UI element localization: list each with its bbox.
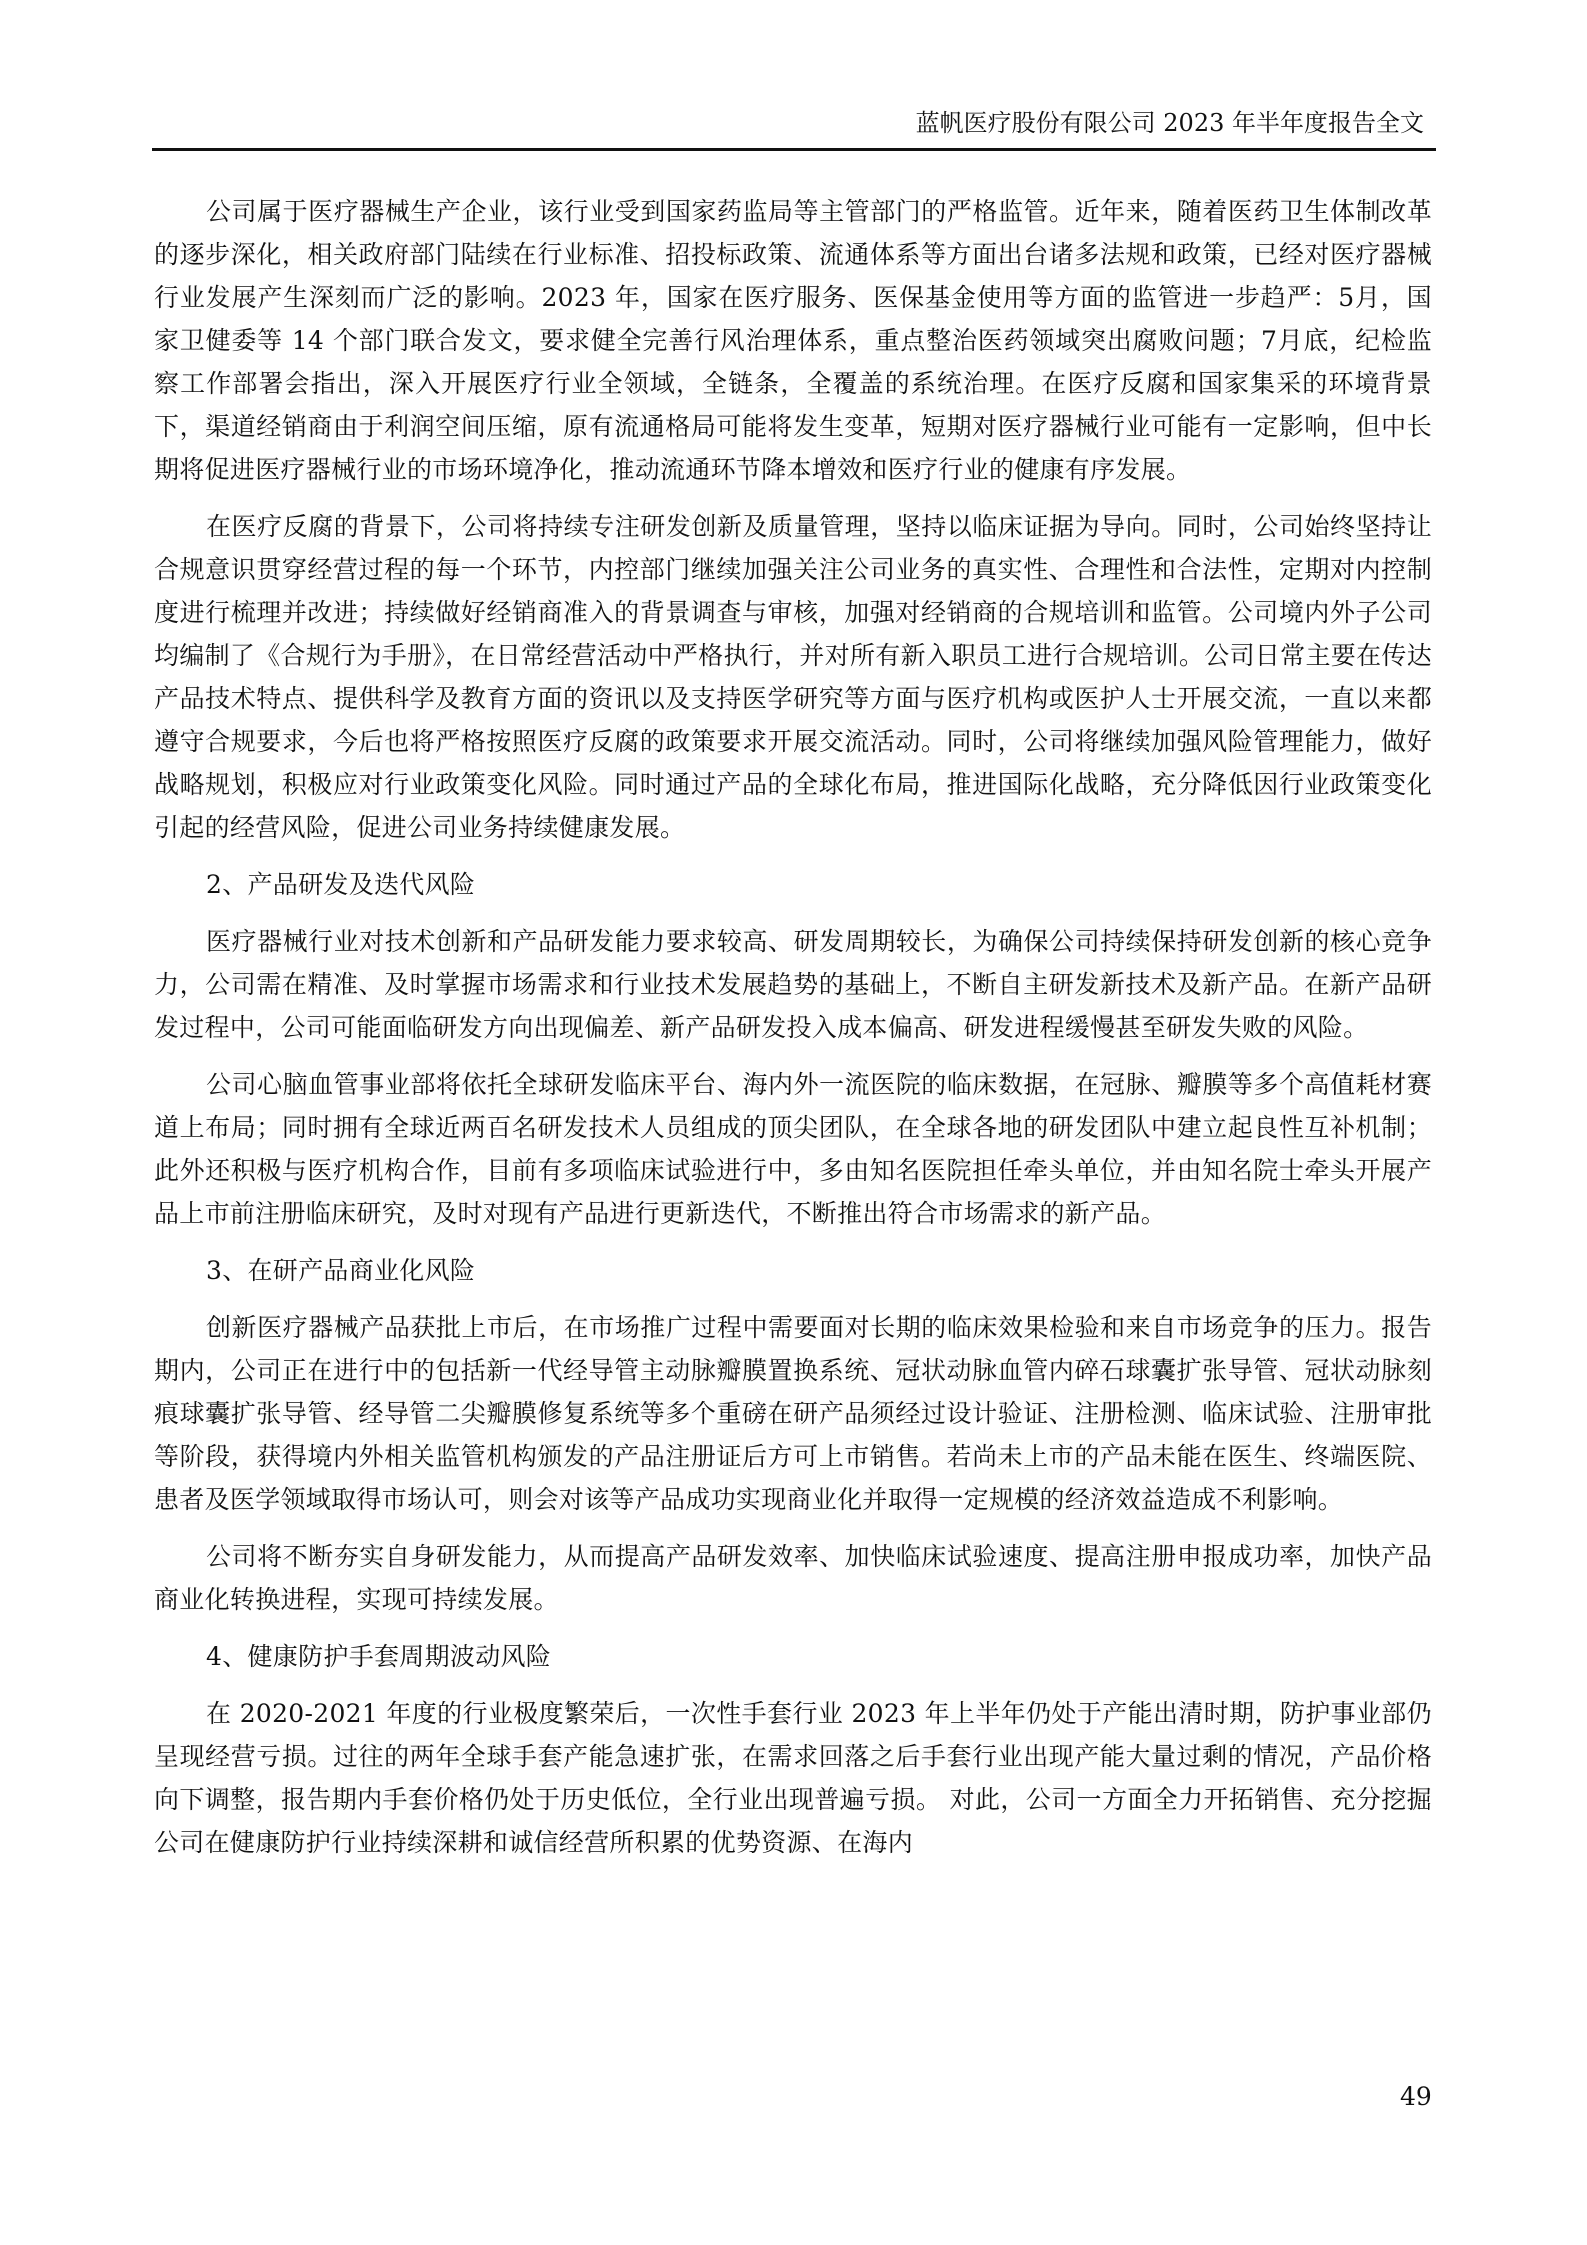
paragraph-rd-risk: 医疗器械行业对技术创新和产品研发能力要求较高、研发周期较长，为确保公司持续保持研… (154, 920, 1432, 1049)
section-heading-glove-cycle-risk: 4、健康防护手套周期波动风险 (154, 1635, 1432, 1678)
page-header: 蓝帆医疗股份有限公司 2023 年半年度报告全文 (152, 104, 1436, 151)
section-heading-commercialization-risk: 3、在研产品商业化风险 (154, 1249, 1432, 1292)
document-body: 公司属于医疗器械生产企业，该行业受到国家药监局等主管部门的严格监管。近年来，随着… (154, 190, 1432, 1878)
paragraph-commercialization-risk: 创新医疗器械产品获批上市后，在市场推广过程中需要面对长期的临床效果检验和来自市场… (154, 1306, 1432, 1521)
report-title: 蓝帆医疗股份有限公司 2023 年半年度报告全文 (916, 106, 1424, 140)
page-number: 49 (1400, 2082, 1432, 2112)
paragraph-glove-cycle-risk: 在 2020-2021 年度的行业极度繁荣后，一次性手套行业 2023 年上半年… (154, 1692, 1432, 1864)
paragraph-compliance: 在医疗反腐的背景下，公司将持续专注研发创新及质量管理，坚持以临床证据为导向。同时… (154, 505, 1432, 849)
paragraph-regulation: 公司属于医疗器械生产企业，该行业受到国家药监局等主管部门的严格监管。近年来，随着… (154, 190, 1432, 491)
section-heading-rd-risk: 2、产品研发及迭代风险 (154, 863, 1432, 906)
paragraph-cardio-rd: 公司心脑血管事业部将依托全球研发临床平台、海内外一流医院的临床数据，在冠脉、瓣膜… (154, 1063, 1432, 1235)
paragraph-commercialization-plan: 公司将不断夯实自身研发能力，从而提高产品研发效率、加快临床试验速度、提高注册申报… (154, 1535, 1432, 1621)
